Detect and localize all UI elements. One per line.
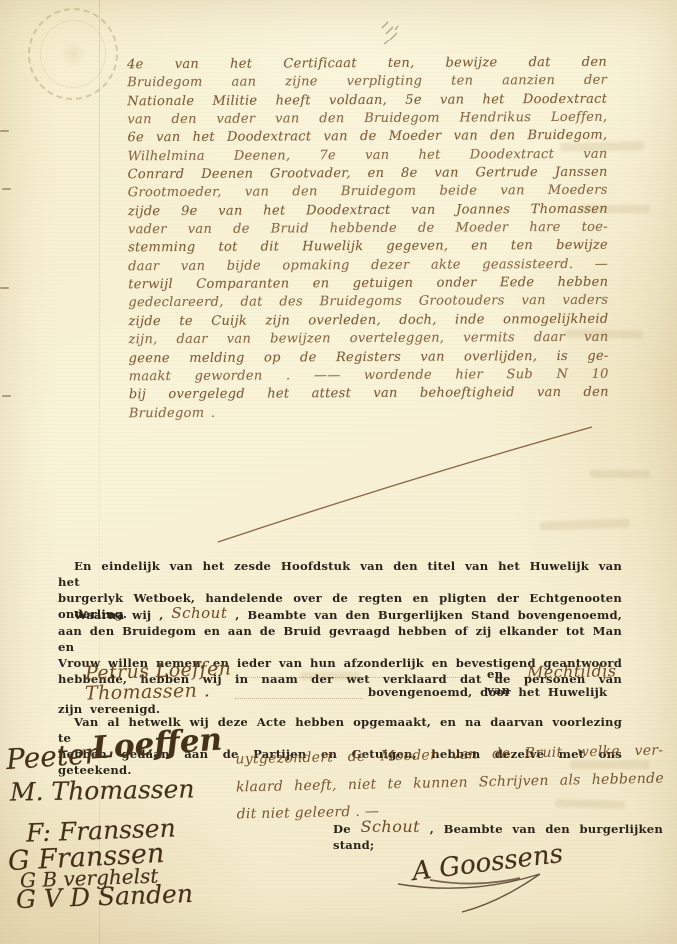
margin-tick — [0, 130, 9, 132]
margin-tick — [2, 395, 11, 397]
margin-tick — [2, 188, 11, 190]
signature-thomassen: M. Thomassen — [10, 774, 195, 806]
manuscript-line: Bruidegom . — [129, 402, 609, 423]
signature-vd-sanden: G V D Sanden — [16, 879, 194, 914]
dotted-fill-rule — [235, 676, 480, 678]
margin-tick — [0, 287, 9, 289]
officiant-name-handwritten: Schout — [171, 604, 227, 622]
printed-line: burgerlyk Wetboek, handelende over de re… — [58, 590, 622, 606]
printed-text: Waarna wij , — [74, 608, 163, 622]
printed-line: Waarna wij , Schout , Beambte van den Bu… — [58, 606, 622, 623]
bleedthrough-smudge — [540, 518, 630, 530]
dotted-fill-rule — [235, 697, 363, 699]
scanned-marriage-act-page: 4e van het Certificaat ten, bewijze dat … — [0, 0, 677, 944]
printed-text: De — [333, 822, 351, 836]
embossed-seal — [18, 0, 128, 110]
printed-line: aan den Bruidegom en aan de Bruid gevraa… — [58, 623, 622, 655]
printed-line: En eindelijk van het zesde Hoofdstuk van… — [58, 558, 622, 590]
signature-groom-first: Peeter — [5, 737, 99, 776]
annotation-mother-cannot-write: uytgezondert de Moeder van de Bruit welk… — [235, 738, 665, 829]
manuscript-text-block: 4e van het Certificaat ten, bewijze dat … — [127, 54, 609, 423]
bleedthrough-smudge — [590, 470, 650, 478]
officiant-name-handwritten: Schout — [360, 817, 420, 836]
printed-text: , Beambte van den Burgerlijken Stand bov… — [235, 608, 622, 622]
bride-firstname-handwritten: Mechtildis — [527, 661, 617, 682]
printed-text: bovengenoemd, door het Huwelijk — [368, 684, 628, 700]
